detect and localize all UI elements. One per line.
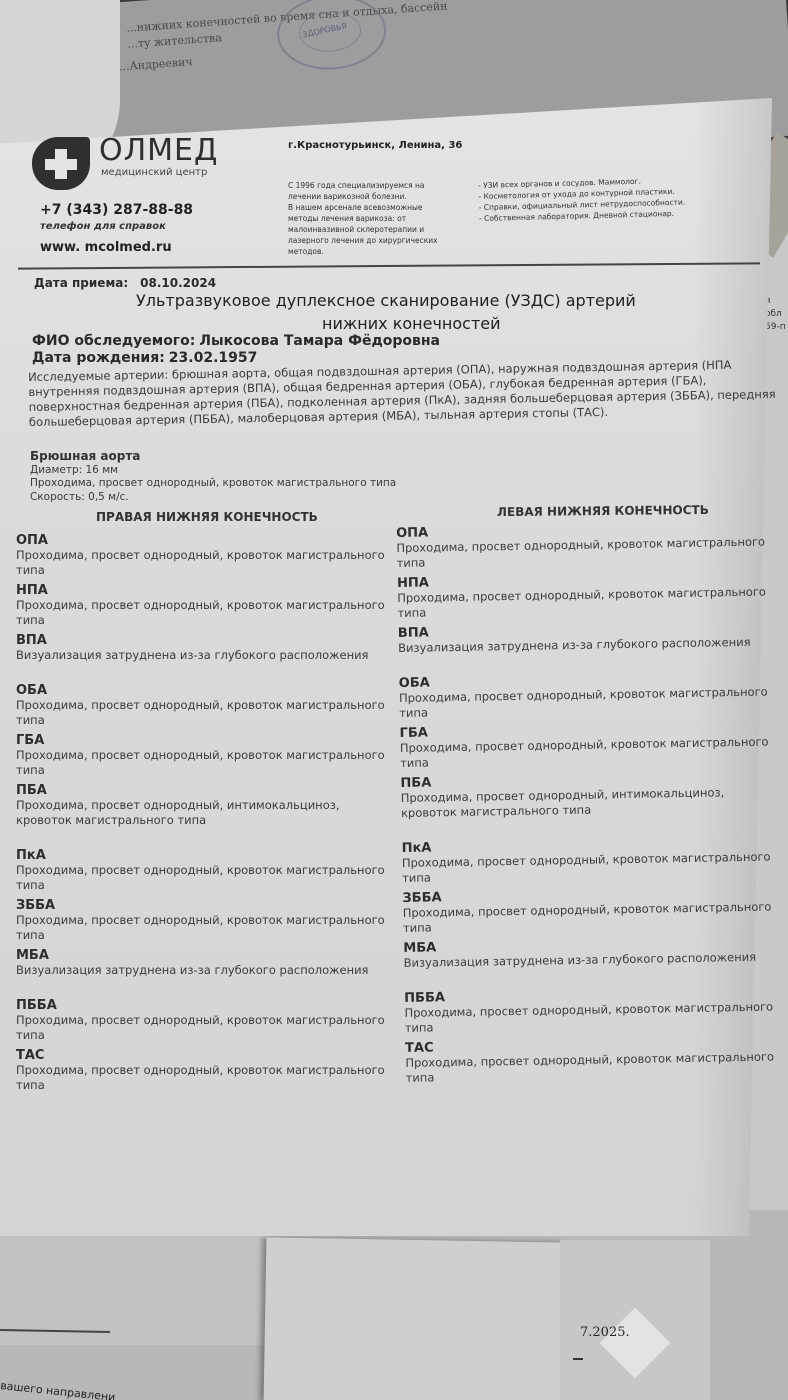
artery-finding: Проходима, просвет однородный, кровоток … [402, 849, 772, 885]
clinic-phone: +7 (343) 287-88-88 [40, 202, 193, 218]
aorta-heading: Брюшная аорта [30, 450, 396, 464]
report-title: Ультразвуковое дуплексное сканирование (… [136, 291, 636, 310]
artery-entry: ЗББАПроходима, просвет однородный, крово… [402, 884, 773, 940]
background-text-line: ...ту жительства [127, 31, 222, 51]
artery-finding: Проходима, просвет однородный, кровоток … [16, 913, 386, 943]
artery-finding: Проходима, просвет однородный, кровоток … [404, 999, 774, 1035]
clinic-name: ОЛМЕД [99, 133, 218, 168]
artery-finding: Проходима, просвет однородный, кровоток … [397, 585, 767, 621]
left-limb-title: ЛЕВАЯ НИЖНЯЯ КОНЕЧНОСТЬ [497, 503, 709, 519]
artery-entry: ТАСПроходима, просвет однородный, кровот… [405, 1034, 776, 1090]
dob-label: Дата рождения: [32, 350, 165, 366]
artery-abbr: ОБА [16, 683, 386, 698]
background-paper [0, 1235, 270, 1345]
artery-finding: Проходима, просвет однородный, кровоток … [16, 548, 386, 578]
artery-entry: НПАПроходима, просвет однородный, кровот… [16, 583, 386, 633]
about-line: лазерного лечения до хирургических [288, 235, 468, 246]
artery-entry: ПББАПроходима, просвет однородный, крово… [16, 998, 386, 1048]
artery-abbr: МБА [16, 948, 386, 963]
clinic-about: С 1996 года специализируемся на лечении … [288, 180, 468, 257]
artery-finding: Проходима, просвет однородный, кровоток … [16, 598, 386, 628]
artery-entry: ЗББАПроходима, просвет однородный, крово… [16, 898, 386, 948]
background-paper [264, 1237, 567, 1400]
artery-finding: Проходима, просвет однородный, кровоток … [403, 899, 773, 935]
artery-abbr: ПкА [16, 848, 386, 863]
artery-finding: Проходима, просвет однородный, кровоток … [16, 1013, 386, 1043]
clinic-address: г.Краснотурьинск, Ленина, 36 [288, 140, 462, 151]
artery-abbr: ГБА [16, 733, 386, 748]
artery-entry: ОПАПроходима, просвет однородный, кровот… [396, 520, 767, 576]
artery-finding: Проходима, просвет однородный, интимокал… [401, 785, 771, 821]
artery-entry: ПБАПроходима, просвет однородный, интимо… [400, 770, 771, 841]
visit-date-value: 08.10.2024 [140, 276, 216, 290]
artery-entry: ВПАВизуализация затруднена из-за глубоко… [16, 633, 386, 683]
artery-abbr: ПББА [16, 998, 386, 1013]
about-line: малоинвазивной склеротерапии и [288, 224, 468, 235]
artery-abbr: ОПА [16, 533, 386, 548]
about-line: методов. [288, 246, 468, 257]
report-title-line2: нижних конечностей [322, 314, 501, 333]
artery-entry: ПББАПроходима, просвет однородный, крово… [404, 984, 775, 1040]
artery-finding: Проходима, просвет однородный, кровоток … [16, 698, 386, 728]
medical-cross-icon [32, 137, 90, 190]
artery-finding: Проходима, просвет однородный, интимокал… [16, 798, 386, 828]
artery-abbr: ЗББА [16, 898, 386, 913]
scrap-line: я обл [765, 295, 788, 321]
artery-entry: ГБАПроходима, просвет однородный, кровот… [399, 720, 770, 776]
right-limb-title: ПРАВАЯ НИЖНЯЯ КОНЕЧНОСТЬ [96, 510, 318, 524]
background-text-line: ...Андреевич [119, 55, 194, 73]
artery-finding: Визуализация затруднена из-за глубокого … [16, 648, 386, 663]
background-date: 7.2025. [580, 1325, 630, 1340]
artery-entry: ПБАПроходима, просвет однородный, интимо… [16, 783, 386, 848]
dob-value: 23.02.1957 [169, 350, 258, 366]
stamp-icon [275, 0, 389, 73]
scrap-line: 59-п [765, 321, 788, 334]
about-line: методы лечения варикоза: от [288, 213, 468, 224]
artery-abbr: НПА [16, 583, 386, 598]
artery-finding: Проходима, просвет однородный, кровоток … [396, 535, 766, 571]
artery-entry: ОБАПроходима, просвет однородный, кровот… [16, 683, 386, 733]
left-limb-column: ОПАПроходима, просвет однородный, кровот… [396, 520, 776, 1091]
clinic-website: www. mcolmed.ru [40, 240, 172, 255]
aorta-status: Проходима, просвет однородный, кровоток … [30, 477, 396, 491]
artery-entry: МБАВизуализация затруднена из-за глубоко… [403, 934, 774, 990]
artery-abbr: ПБА [16, 783, 386, 798]
background-scrap-text: я обл 59-п [765, 295, 788, 334]
clinic-services: - УЗИ всех органов и сосудов. Маммолог. … [478, 175, 686, 224]
artery-entry: МБАВизуализация затруднена из-за глубоко… [16, 948, 386, 998]
date-of-birth: Дата рождения:23.02.1957 [32, 350, 257, 366]
aorta-section: Брюшная аорта Диаметр: 16 мм Проходима, … [30, 450, 396, 504]
artery-finding: Проходима, просвет однородный, кровоток … [400, 735, 770, 771]
aorta-diameter: Диаметр: 16 мм [30, 464, 396, 478]
artery-finding: Проходима, просвет однородный, кровоток … [16, 1063, 386, 1093]
artery-finding: Проходима, просвет однородный, кровоток … [16, 748, 386, 778]
artery-abbr: ТАС [16, 1048, 386, 1063]
visit-date: Дата приема:08.10.2024 [34, 276, 216, 290]
right-limb-column: ОПАПроходима, просвет однородный, кровот… [16, 533, 386, 1098]
artery-entry: ОПАПроходима, просвет однородный, кровот… [16, 533, 386, 583]
about-line: В нашем арсенале всевозможные [288, 202, 468, 213]
artery-entry: НПАПроходима, просвет однородный, кровот… [397, 570, 768, 626]
artery-entry: ОБАПроходима, просвет однородный, кровот… [399, 670, 770, 726]
artery-entry: ГБАПроходима, просвет однородный, кровот… [16, 733, 386, 783]
aorta-velocity: Скорость: 0,5 м/с. [30, 491, 396, 505]
background-dash [573, 1358, 583, 1360]
about-line: лечении варикозной болезни. [288, 191, 468, 202]
artery-entry: ВПАВизуализация затруднена из-за глубоко… [398, 620, 769, 676]
patient-value: Лыкосова Тамара Фёдоровна [199, 333, 440, 349]
artery-abbr: ВПА [16, 633, 386, 648]
artery-finding: Проходима, просвет однородный, кровоток … [405, 1049, 775, 1085]
artery-finding: Проходима, просвет однородный, кровоток … [399, 685, 769, 721]
artery-entry: ПкАПроходима, просвет однородный, кровот… [401, 834, 772, 890]
artery-finding: Визуализация затруднена из-за глубокого … [16, 963, 386, 978]
artery-entry: ПкАПроходима, просвет однородный, кровот… [16, 848, 386, 898]
visit-date-label: Дата приема: [34, 276, 128, 290]
clinic-subtitle: медицинский центр [101, 167, 207, 178]
about-line: С 1996 года специализируемся на [288, 180, 468, 191]
artery-entry: ТАСПроходима, просвет однородный, кровот… [16, 1048, 386, 1098]
patient-name: ФИО обследуемого:Лыкосова Тамара Фёдоров… [32, 333, 440, 349]
phone-label: телефон для справок [40, 221, 166, 232]
patient-label: ФИО обследуемого: [32, 333, 195, 349]
artery-finding: Проходима, просвет однородный, кровоток … [16, 863, 386, 893]
